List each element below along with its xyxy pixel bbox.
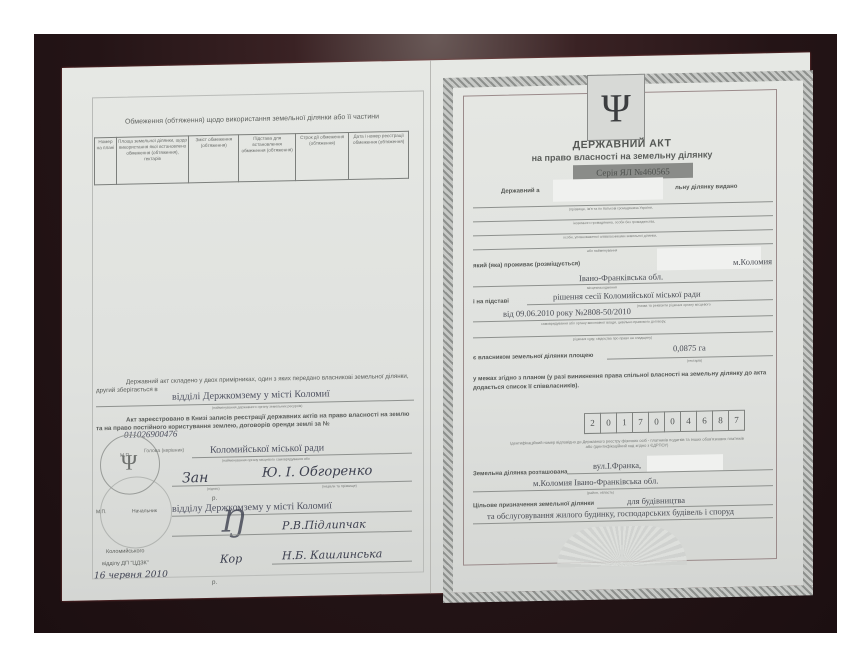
location-street: вул.І.Франка, xyxy=(593,460,641,471)
stamp-label: М.П. xyxy=(96,509,107,515)
signature-3: Кор xyxy=(220,552,242,565)
issue-date: 16 червня 2010 xyxy=(94,570,168,582)
area-caption: (гектарів) xyxy=(687,359,702,363)
org-line-2: відділу ДП "ЦДЗК" xyxy=(102,560,149,567)
mp-label: М.П. xyxy=(120,453,131,459)
left-page: Обмеження (обтяження) щодо використання … xyxy=(72,90,422,592)
tax-id-digit: 0 xyxy=(648,411,665,432)
table-header: Зміст обмеження (обтяження) xyxy=(189,135,239,183)
caption-name: або найменування xyxy=(587,248,617,253)
coat-of-arms-icon: Ψ xyxy=(587,74,645,141)
sun-ornament xyxy=(557,525,687,568)
head-label: Голова (керівник) xyxy=(144,447,184,454)
redacted-field xyxy=(553,177,663,201)
location-caption: (район, область) xyxy=(587,490,614,495)
table-header: Номер на плані xyxy=(95,137,117,184)
year-suffix: р. xyxy=(212,495,217,502)
right-page: Ψ ДЕРЖАВНИЙ АКТ на право власності на зе… xyxy=(437,52,807,585)
tax-id-digit: 7 xyxy=(632,412,649,433)
chief-label: Начальник xyxy=(132,508,157,515)
date-suffix: р. xyxy=(212,579,217,586)
tax-id-digit: 4 xyxy=(680,411,697,432)
resides-city: м.Коломия xyxy=(733,256,772,267)
signer-1: Ю. І. Обгоренко xyxy=(262,463,372,480)
caption-location: місцезнаходження xyxy=(587,285,617,290)
table-header: Дата і номер реєстрації обмеження (обтяж… xyxy=(349,131,409,179)
tax-id-digit: 8 xyxy=(712,410,729,431)
basis-label: і на підставі xyxy=(473,299,509,306)
tax-id-digit: 6 xyxy=(696,410,713,431)
tax-id-digit: 2 xyxy=(584,413,601,434)
table-header: Площа земельної ділянки, щодо використан… xyxy=(116,136,188,185)
tax-id-digit: 1 xyxy=(616,412,633,433)
tax-id-boxes: 2 0 1 7 0 0 4 6 8 7 xyxy=(585,410,745,434)
signer-caption: (ініціали та прізвище) xyxy=(322,484,357,489)
tax-id-digit: 7 xyxy=(728,410,745,431)
signer-2: Р.В.Підлипчак xyxy=(282,518,366,533)
area-value: 0,0875 га xyxy=(673,343,706,354)
purpose-value-1: для будівництва xyxy=(627,495,685,506)
tax-id-digit: 0 xyxy=(664,411,681,432)
table-header: Підстава для встановлення обмеження (обт… xyxy=(239,134,296,182)
table-header: Строк дії обмеження (обтяження) xyxy=(295,132,348,180)
fold-line xyxy=(430,60,431,593)
resides-region: Івано-Франківська обл. xyxy=(579,271,663,283)
document-sheet: Обмеження (обтяження) щодо використання … xyxy=(62,52,810,601)
org-line-1: Коломийського xyxy=(106,548,144,555)
signer-3: Н.Б. Кашлинська xyxy=(282,547,382,562)
issued-left: Державний а xyxy=(501,188,540,195)
signature-caption: (підпис) xyxy=(207,487,220,491)
redacted-house xyxy=(647,454,723,472)
tax-id-digit: 0 xyxy=(600,412,617,433)
restrictions-table: Номер на плані Площа земельної ділянки, … xyxy=(94,131,409,186)
